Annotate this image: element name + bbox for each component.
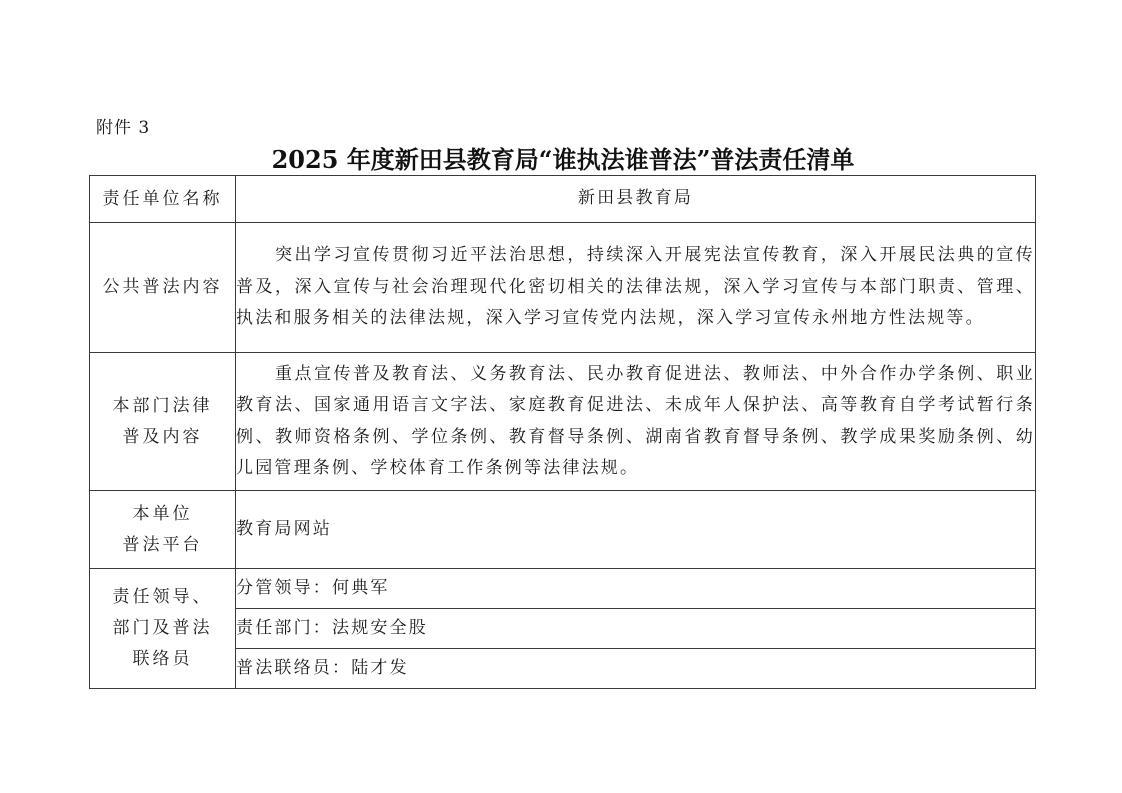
- table-row-leader: 责任领导、 部门及普法 联络员 分管领导：何典军: [90, 569, 1036, 609]
- public-content-value: 突出学习宣传贯彻习近平法治思想，持续深入开展宪法宣传教育，深入开展民法典的宣传普…: [236, 223, 1036, 353]
- platform-value: 教育局网站: [236, 491, 1036, 569]
- document-title: 2025 年度新田县教育局“谁执法谁普法”普法责任清单: [0, 140, 1122, 175]
- dept-content-label-line2: 普及内容: [90, 422, 235, 453]
- unit-name-value: 新田县教育局: [236, 176, 1036, 223]
- dept-content-label: 本部门法律 普及内容: [90, 353, 236, 491]
- dept-content-value: 重点宣传普及教育法、义务教育法、民办教育促进法、教师法、中外合作办学条例、职业教…: [236, 353, 1036, 491]
- unit-name-label: 责任单位名称: [90, 176, 236, 223]
- liaison-value: 普法联络员：陆才发: [236, 649, 1036, 689]
- table-row-public-content: 公共普法内容 突出学习宣传贯彻习近平法治思想，持续深入开展宪法宣传教育，深入开展…: [90, 223, 1036, 353]
- leaders-label-line2: 部门及普法: [90, 613, 235, 644]
- leaders-label: 责任领导、 部门及普法 联络员: [90, 569, 236, 689]
- public-content-label: 公共普法内容: [90, 223, 236, 353]
- department-value: 责任部门：法规安全股: [236, 609, 1036, 649]
- platform-label-line2: 普法平台: [90, 530, 235, 561]
- responsibility-table: 责任单位名称 新田县教育局 公共普法内容 突出学习宣传贯彻习近平法治思想，持续深…: [89, 175, 1036, 689]
- table-row-dept-content: 本部门法律 普及内容 重点宣传普及教育法、义务教育法、民办教育促进法、教师法、中…: [90, 353, 1036, 491]
- platform-label: 本单位 普法平台: [90, 491, 236, 569]
- table-row-unit-name: 责任单位名称 新田县教育局: [90, 176, 1036, 223]
- leaders-label-line1: 责任领导、: [90, 582, 235, 613]
- dept-content-label-line1: 本部门法律: [90, 391, 235, 422]
- leader-value: 分管领导：何典军: [236, 569, 1036, 609]
- platform-label-line1: 本单位: [90, 499, 235, 530]
- attachment-label: 附件 3: [96, 113, 150, 138]
- table-row-platform: 本单位 普法平台 教育局网站: [90, 491, 1036, 569]
- leaders-label-line3: 联络员: [90, 644, 235, 675]
